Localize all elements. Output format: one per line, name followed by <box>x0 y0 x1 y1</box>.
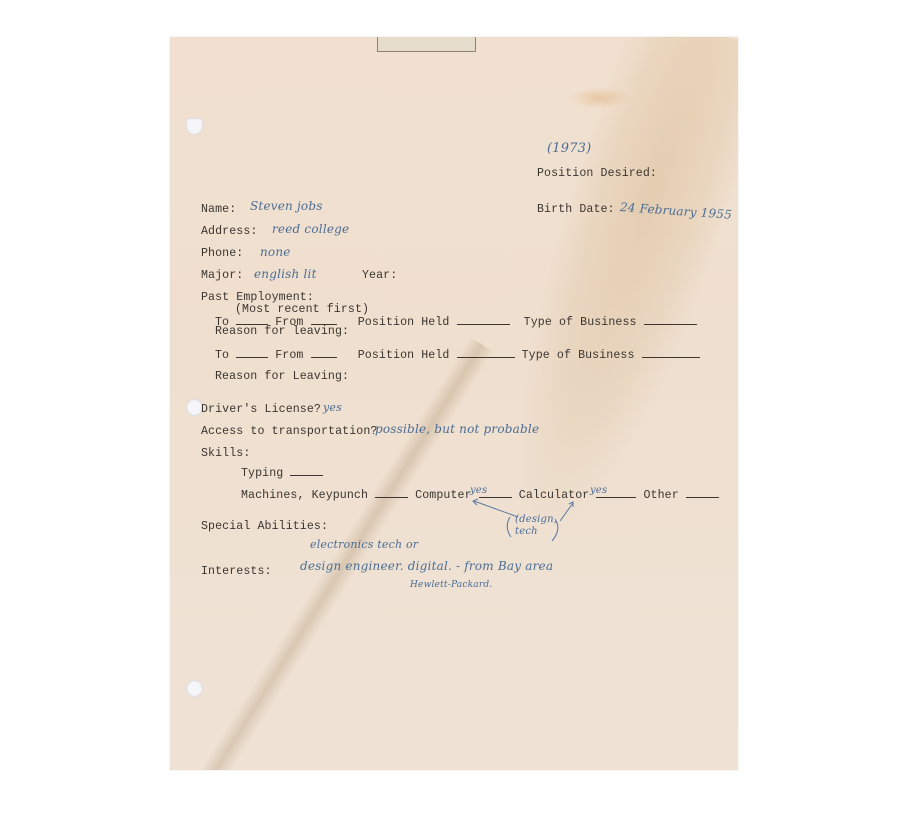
annotation-line-2: tech <box>515 526 538 537</box>
punch-hole <box>186 680 203 697</box>
transportation-label: Access to transportation? <box>201 425 377 438</box>
keypunch-label: Machines, Keypunch <box>241 489 368 502</box>
year-note: (1973) <box>547 141 591 156</box>
stain <box>194 337 493 770</box>
name-value: Steven jobs <box>250 199 323 213</box>
special-abilities-label: Special Abilities: <box>201 520 328 533</box>
from-label: From <box>275 349 303 362</box>
reason-leaving-label-1: Reason for leaving: <box>215 325 349 338</box>
application-page: (1973) Position Desired: Name: Steven jo… <box>170 37 738 770</box>
special-abilities-value: electronics tech or <box>310 538 418 551</box>
tape-strip <box>377 37 476 52</box>
typing-label: Typing <box>241 467 283 480</box>
business-type-label: Type of Business <box>522 349 635 362</box>
calculator-value: yes <box>590 485 607 496</box>
interests-label: Interests: <box>201 565 272 578</box>
address-label: Address: <box>201 225 257 238</box>
drivers-license-value: yes <box>323 401 342 414</box>
stain <box>570 87 630 109</box>
typing-row: Typing <box>241 465 323 480</box>
annotation-line-1: (design, <box>515 514 557 525</box>
transportation-value: possible, but not probable <box>375 422 539 436</box>
other-label: Other <box>643 489 678 502</box>
skills-label: Skills: <box>201 447 250 460</box>
phone-label: Phone: <box>201 247 243 260</box>
birth-date-label: Birth Date: <box>537 203 615 216</box>
interests-value-2: Hewlett-Packard. <box>410 580 492 590</box>
name-label: Name: <box>201 203 236 216</box>
interests-value-1: design engineer. digital. - from Bay are… <box>300 559 553 573</box>
business-type-label: Type of Business <box>524 316 637 329</box>
major-label: Major: <box>201 269 243 282</box>
employment-row-2: To From Position Held Type of Business <box>215 347 700 362</box>
phone-value: none <box>260 245 291 259</box>
punch-hole <box>186 118 203 135</box>
drivers-license-label: Driver's License? <box>201 403 321 416</box>
to-label: To <box>215 349 229 362</box>
position-held-label: Position Held <box>358 316 450 329</box>
position-desired-label: Position Desired: <box>537 167 657 180</box>
stain <box>473 37 738 547</box>
address-value: reed college <box>272 222 349 236</box>
reason-leaving-label-2: Reason for Leaving: <box>215 370 349 383</box>
major-value: english lit <box>254 267 317 281</box>
year-label: Year: <box>362 269 397 282</box>
annotation-arrows <box>460 495 590 555</box>
position-held-label: Position Held <box>358 349 450 362</box>
